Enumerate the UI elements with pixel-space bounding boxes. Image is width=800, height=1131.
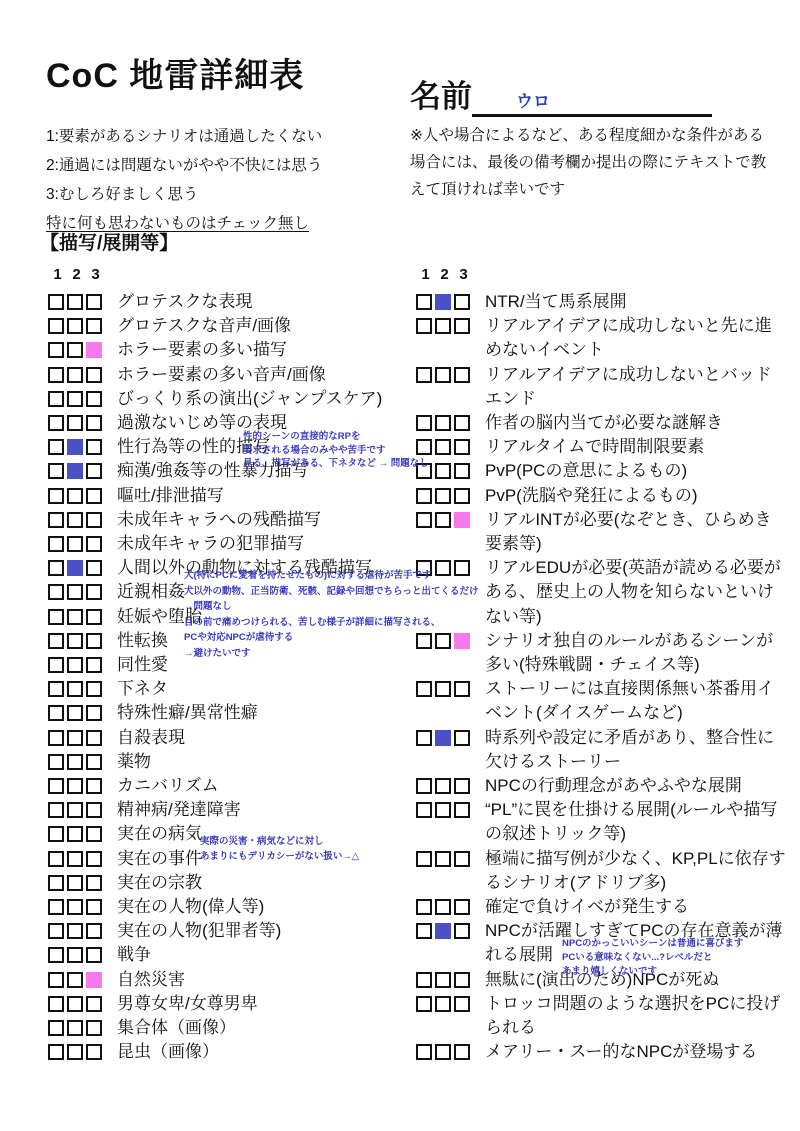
checkbox-2[interactable] — [67, 463, 83, 479]
checklist-row: 戦争 — [48, 943, 382, 967]
scale-header-left: 1 2 3 — [48, 266, 382, 283]
checkbox-3[interactable] — [454, 415, 470, 431]
checklist-row: NTR/当て馬系展開 — [416, 290, 788, 314]
checklist-row: リアルタイムで時間制限要素 — [416, 435, 788, 459]
item-label: 実在の病気 — [117, 822, 202, 846]
checkbox-2[interactable] — [67, 294, 83, 310]
checkbox-group — [48, 318, 102, 334]
checkbox-2[interactable] — [67, 778, 83, 794]
checkbox-group — [416, 972, 470, 988]
checklist-row: 自然災害 — [48, 968, 382, 992]
checkbox-group — [48, 681, 102, 697]
checkbox-3[interactable] — [454, 802, 470, 818]
checkbox-3[interactable] — [454, 1044, 470, 1060]
checkbox-group — [48, 730, 102, 746]
checkbox-1[interactable] — [48, 318, 64, 334]
checkbox-3[interactable] — [86, 463, 102, 479]
checkbox-3[interactable] — [454, 439, 470, 455]
scale-2: 2 — [435, 266, 454, 283]
checkbox-3[interactable] — [86, 681, 102, 697]
checkbox-3[interactable] — [86, 342, 102, 358]
checkbox-2[interactable] — [67, 391, 83, 407]
checkbox-3[interactable] — [86, 899, 102, 915]
checkbox-group — [416, 318, 470, 334]
checkbox-2[interactable] — [67, 1020, 83, 1036]
item-label: ホラー要素の多い音声/画像 — [117, 363, 326, 387]
checkbox-group — [48, 560, 102, 576]
checkbox-1[interactable] — [48, 488, 64, 504]
text-line: 2:通過には問題ないがやや不快には思う — [46, 151, 322, 180]
checkbox-2[interactable] — [435, 851, 451, 867]
checklist-row: PvP(洗脳や発狂によるもの) — [416, 484, 788, 508]
text-line: あまり嬉しくないです — [562, 965, 743, 979]
item-label: 精神病/発達障害 — [117, 798, 241, 822]
checkbox-3[interactable] — [86, 972, 102, 988]
checkbox-1[interactable] — [48, 996, 64, 1012]
checklist-row: 下ネタ — [48, 677, 382, 701]
item-label: トロッコ問題のような選択をPCに投げられる — [485, 992, 788, 1040]
checkbox-group — [48, 826, 102, 842]
checkbox-2[interactable] — [67, 875, 83, 891]
checkbox-1[interactable] — [48, 415, 64, 431]
name-label: 名前 — [410, 77, 472, 117]
item-label: 作者の脳内当てが必要な謎解き — [485, 411, 788, 435]
name-input-line[interactable]: ウロ — [472, 74, 712, 117]
checkbox-3[interactable] — [454, 367, 470, 383]
checklist-row: びっくり系の演出(ジャンプスケア) — [48, 387, 382, 411]
checkbox-3[interactable] — [86, 657, 102, 673]
checkbox-1[interactable] — [48, 391, 64, 407]
checkbox-1[interactable] — [48, 512, 64, 528]
checkbox-3[interactable] — [454, 851, 470, 867]
checkbox-3[interactable] — [86, 294, 102, 310]
checkbox-1[interactable] — [48, 826, 64, 842]
checklist-row: 未成年キャラの犯罪描写 — [48, 532, 382, 556]
checkbox-1[interactable] — [416, 899, 432, 915]
checkbox-3[interactable] — [454, 512, 470, 528]
checklist-row: 実在の人物(犯罪者等) — [48, 919, 382, 943]
checkbox-group — [416, 730, 470, 746]
checkbox-group — [416, 996, 470, 1012]
checkbox-2[interactable] — [67, 681, 83, 697]
checkbox-2[interactable] — [435, 439, 451, 455]
item-label: 確定で負けイベが発生する — [485, 895, 788, 919]
checkbox-group — [48, 488, 102, 504]
item-label: メアリー・スー的なNPCが登場する — [485, 1040, 788, 1064]
checkbox-1[interactable] — [416, 318, 432, 334]
checkbox-2[interactable] — [435, 463, 451, 479]
checkbox-group — [48, 439, 102, 455]
checklist-row: 嘔吐/排泄描写 — [48, 484, 382, 508]
checkbox-2[interactable] — [435, 512, 451, 528]
checkbox-3[interactable] — [86, 367, 102, 383]
item-label: 未成年キャラの犯罪描写 — [117, 532, 304, 556]
checkbox-2[interactable] — [435, 923, 451, 939]
checkbox-1[interactable] — [416, 923, 432, 939]
checkbox-2[interactable] — [67, 730, 83, 746]
item-label: NPCの行動理念があやふやな展開 — [485, 774, 788, 798]
item-label: NTR/当て馬系展開 — [485, 290, 788, 314]
checkbox-3[interactable] — [454, 972, 470, 988]
text-line: 犬(特にPCに愛着を持たせたもの)に対する虐待が苦手です — [184, 568, 479, 584]
checklist-sheet: CoC 地雷詳細表 名前 ウロ ※人や場合によるなど、ある程度細かな条件がある場… — [0, 0, 800, 1131]
checkbox-1[interactable] — [48, 778, 64, 794]
checkbox-3[interactable] — [86, 1020, 102, 1036]
checkbox-1[interactable] — [416, 802, 432, 818]
checkbox-2[interactable] — [435, 681, 451, 697]
checklist-row: 時系列や設定に矛盾があり、整合性に欠けるストーリー — [416, 726, 788, 774]
item-label: 実在の人物(犯罪者等) — [117, 919, 281, 943]
checklist-row: グロテスクな表現 — [48, 290, 382, 314]
checkbox-1[interactable] — [48, 851, 64, 867]
text-line: ※人や場合によるなど、ある程度細かな条件がある — [410, 122, 766, 149]
checkbox-3[interactable] — [86, 318, 102, 334]
checkbox-3[interactable] — [86, 705, 102, 721]
checkbox-2[interactable] — [435, 294, 451, 310]
annotation-sexual-rp: 性的シーンの直接的なRPを要求される場合のみやや苦手です見る、描写がある、下ネタ… — [243, 430, 429, 471]
item-label: 戦争 — [117, 943, 151, 967]
checkbox-1[interactable] — [48, 705, 64, 721]
checkbox-3[interactable] — [86, 391, 102, 407]
checkbox-1[interactable] — [416, 367, 432, 383]
checkbox-group — [48, 342, 102, 358]
checkbox-2[interactable] — [67, 560, 83, 576]
text-line: →問題なし — [184, 599, 479, 615]
scale-3: 3 — [86, 266, 105, 283]
checkbox-2[interactable] — [67, 609, 83, 625]
checkbox-1[interactable] — [48, 294, 64, 310]
text-line: 3:むしろ好ましく思う — [46, 180, 322, 209]
checkbox-2[interactable] — [67, 318, 83, 334]
checklist-row: 自殺表現 — [48, 726, 382, 750]
checkbox-1[interactable] — [48, 875, 64, 891]
scale-2: 2 — [67, 266, 86, 283]
checkbox-3[interactable] — [86, 730, 102, 746]
checklist-row: “PL”に罠を仕掛ける展開(ルールや描写の叙述トリック等) — [416, 798, 788, 846]
checkbox-3[interactable] — [86, 802, 102, 818]
checkbox-2[interactable] — [67, 657, 83, 673]
text-line: PCや対応NPCが虐待する — [184, 630, 479, 646]
checkbox-group — [48, 633, 102, 649]
scale-1: 1 — [48, 266, 67, 283]
legend-lines: 1:要素があるシナリオは通過したくない2:通過には問題ないがやや不快には思う3:… — [46, 122, 322, 209]
item-label: PvP(洗脳や発狂によるもの) — [485, 484, 788, 508]
checklist-row: 未成年キャラへの残酷描写 — [48, 508, 382, 532]
checkbox-2[interactable] — [435, 899, 451, 915]
checkbox-2[interactable] — [435, 730, 451, 746]
scale-header-right: 1 2 3 — [416, 266, 788, 283]
checkbox-1[interactable] — [48, 972, 64, 988]
checkbox-2[interactable] — [67, 536, 83, 552]
item-label: グロテスクな表現 — [117, 290, 252, 314]
checkbox-1[interactable] — [48, 560, 64, 576]
checkbox-2[interactable] — [435, 318, 451, 334]
checklist-row: 男尊女卑/女尊男卑 — [48, 992, 382, 1016]
item-label: PvP(PCの意思によるもの) — [485, 459, 788, 483]
text-line: NPCのかっこいいシーンは普通に喜びます — [562, 937, 743, 951]
checkbox-2[interactable] — [67, 1044, 83, 1060]
checkbox-group — [48, 851, 102, 867]
checkbox-group — [416, 923, 470, 939]
checkbox-3[interactable] — [454, 778, 470, 794]
checkbox-3[interactable] — [86, 560, 102, 576]
checklist-row: メアリー・スー的なNPCが登場する — [416, 1040, 788, 1064]
item-label: リアルアイデアに成功しないとバッドエンド — [485, 363, 788, 411]
checkbox-2[interactable] — [435, 802, 451, 818]
checkbox-group — [416, 899, 470, 915]
item-label: 実在の宗教 — [117, 871, 202, 895]
checkbox-group — [48, 705, 102, 721]
checkbox-3[interactable] — [86, 851, 102, 867]
checkbox-2[interactable] — [67, 584, 83, 600]
page-title: CoC 地雷詳細表 — [46, 48, 304, 97]
checkbox-group — [48, 802, 102, 818]
checkbox-1[interactable] — [416, 512, 432, 528]
checklist-row: 極端に描写例が少なく、KP,PLに依存するシナリオ(アドリブ多) — [416, 847, 788, 895]
item-label: 同性愛 — [117, 653, 168, 677]
checkbox-1[interactable] — [416, 972, 432, 988]
item-label: 下ネタ — [117, 677, 168, 701]
checkbox-1[interactable] — [48, 633, 64, 649]
checkbox-2[interactable] — [67, 705, 83, 721]
checkbox-2[interactable] — [67, 947, 83, 963]
checkbox-2[interactable] — [67, 826, 83, 842]
checkbox-group — [416, 512, 470, 528]
rows-left: グロテスクな表現グロテスクな音声/画像ホラー要素の多い描写ホラー要素の多い音声/… — [48, 290, 382, 1065]
checkbox-3[interactable] — [454, 463, 470, 479]
checkbox-3[interactable] — [86, 1044, 102, 1060]
checkbox-1[interactable] — [416, 294, 432, 310]
checklist-row: 実在の宗教 — [48, 871, 382, 895]
checkbox-group — [48, 536, 102, 552]
checkbox-1[interactable] — [48, 536, 64, 552]
checkbox-group — [48, 584, 102, 600]
text-line: 性的シーンの直接的なRPを — [243, 430, 429, 444]
item-label: びっくり系の演出(ジャンプスケア) — [117, 387, 382, 411]
checkbox-1[interactable] — [48, 609, 64, 625]
checklist-row: リアルアイデアに成功しないとバッドエンド — [416, 363, 788, 411]
item-label: 特殊性癖/異常性癖 — [117, 701, 258, 725]
item-label: リアルタイムで時間制限要素 — [485, 435, 788, 459]
checkbox-3[interactable] — [454, 294, 470, 310]
item-label: “PL”に罠を仕掛ける展開(ルールや描写の叙述トリック等) — [485, 798, 788, 846]
item-label: 男尊女卑/女尊男卑 — [117, 992, 258, 1016]
item-label: 昆虫（画像） — [117, 1040, 219, 1064]
checklist-row: トロッコ問題のような選択をPCに投げられる — [416, 992, 788, 1040]
checklist-row: 実在の人物(偉人等) — [48, 895, 382, 919]
checkbox-2[interactable] — [435, 1044, 451, 1060]
checkbox-2[interactable] — [67, 439, 83, 455]
checkbox-group — [48, 609, 102, 625]
checkbox-2[interactable] — [67, 367, 83, 383]
checkbox-2[interactable] — [67, 488, 83, 504]
checklist-row: 薬物 — [48, 750, 382, 774]
checkbox-1[interactable] — [48, 923, 64, 939]
checkbox-3[interactable] — [454, 923, 470, 939]
checklist-row: PvP(PCの意思によるもの) — [416, 459, 788, 483]
checklist-row: リアルアイデアに成功しないと先に進めないイベント — [416, 314, 788, 362]
checkbox-group — [48, 657, 102, 673]
text-line: →避けたいです — [184, 646, 479, 662]
checkbox-1[interactable] — [48, 754, 64, 770]
text-line: 1:要素があるシナリオは通過したくない — [46, 122, 322, 151]
item-label: 時系列や設定に矛盾があり、整合性に欠けるストーリー — [485, 726, 788, 774]
checkbox-group — [416, 681, 470, 697]
checkbox-2[interactable] — [67, 754, 83, 770]
checkbox-3[interactable] — [86, 584, 102, 600]
checkbox-1[interactable] — [416, 681, 432, 697]
checkbox-1[interactable] — [48, 681, 64, 697]
checklist-row: 作者の脳内当てが必要な謎解き — [416, 411, 788, 435]
checkbox-1[interactable] — [416, 415, 432, 431]
checklist-row: 昆虫（画像） — [48, 1040, 382, 1064]
checkbox-1[interactable] — [416, 996, 432, 1012]
checkbox-2[interactable] — [67, 899, 83, 915]
item-label: ホラー要素の多い描写 — [117, 338, 287, 362]
checkbox-3[interactable] — [86, 536, 102, 552]
text-line: 目の前で痛めつけられる、苦しむ様子が詳細に描写される、 — [184, 615, 479, 631]
checkbox-2[interactable] — [67, 342, 83, 358]
annotation-animal-abuse: 犬(特にPCに愛着を持たせたもの)に対する虐待が苦手です犬以外の動物、正当防衛、… — [184, 568, 479, 661]
item-label: 実在の事件 — [117, 847, 202, 871]
checkbox-1[interactable] — [416, 488, 432, 504]
checkbox-3[interactable] — [454, 899, 470, 915]
checkbox-1[interactable] — [48, 802, 64, 818]
checkbox-group — [416, 851, 470, 867]
checkbox-2[interactable] — [435, 367, 451, 383]
item-label: ストーリーには直接関係無い茶番用イベント(ダイスゲームなど) — [485, 677, 788, 725]
checkbox-1[interactable] — [48, 367, 64, 383]
checklist-row: グロテスクな音声/画像 — [48, 314, 382, 338]
checkbox-3[interactable] — [454, 318, 470, 334]
text-line: 場合には、最後の備考欄か提出の際にテキストで教 — [410, 149, 766, 176]
checklist-row: 確定で負けイベが発生する — [416, 895, 788, 919]
checklist-column-left: 1 2 3 グロテスクな表現グロテスクな音声/画像ホラー要素の多い描写ホラー要素… — [48, 266, 382, 1065]
checkbox-1[interactable] — [48, 342, 64, 358]
checkbox-3[interactable] — [454, 488, 470, 504]
checkbox-3[interactable] — [86, 609, 102, 625]
checkbox-3[interactable] — [86, 947, 102, 963]
checkbox-3[interactable] — [86, 826, 102, 842]
checkbox-3[interactable] — [454, 730, 470, 746]
checkbox-3[interactable] — [86, 633, 102, 649]
checkbox-1[interactable] — [48, 463, 64, 479]
checkbox-3[interactable] — [86, 778, 102, 794]
checkbox-1[interactable] — [48, 439, 64, 455]
checkbox-2[interactable] — [435, 996, 451, 1012]
checkbox-3[interactable] — [454, 681, 470, 697]
checkbox-1[interactable] — [416, 730, 432, 746]
checkbox-3[interactable] — [86, 996, 102, 1012]
annotation-real-disease: 実際の災害・病気などに対しあまりにもデリカシーがない扱い→△ — [200, 834, 359, 864]
annotation-npc-spotlight: NPCのかっこいいシーンは普通に喜びますPCいる意味なくない...?レベルだとあ… — [562, 937, 743, 979]
checkbox-1[interactable] — [416, 1044, 432, 1060]
checkbox-group — [48, 875, 102, 891]
checkbox-group — [48, 391, 102, 407]
checkbox-3[interactable] — [86, 415, 102, 431]
checkbox-1[interactable] — [416, 778, 432, 794]
checkbox-1[interactable] — [48, 1020, 64, 1036]
checkbox-3[interactable] — [86, 875, 102, 891]
checkbox-3[interactable] — [86, 923, 102, 939]
item-label: リアルINTが必要(なぞとき、ひらめき要素等) — [485, 508, 788, 556]
checkbox-3[interactable] — [86, 754, 102, 770]
text-line: 要求される場合のみやや苦手です — [243, 444, 429, 458]
checkbox-2[interactable] — [67, 415, 83, 431]
checkbox-group — [48, 1044, 102, 1060]
item-label: カニバリズム — [117, 774, 219, 798]
checklist-row: NPCの行動理念があやふやな展開 — [416, 774, 788, 798]
checkbox-2[interactable] — [67, 851, 83, 867]
checkbox-group — [48, 1020, 102, 1036]
checkbox-1[interactable] — [48, 899, 64, 915]
checkbox-3[interactable] — [86, 488, 102, 504]
checkbox-group — [48, 778, 102, 794]
checkbox-1[interactable] — [48, 1044, 64, 1060]
checkbox-2[interactable] — [67, 972, 83, 988]
checkbox-2[interactable] — [67, 923, 83, 939]
checklist-row: 特殊性癖/異常性癖 — [48, 701, 382, 725]
checkbox-group — [48, 923, 102, 939]
checkbox-2[interactable] — [435, 488, 451, 504]
checkbox-group — [416, 778, 470, 794]
item-label: 嘔吐/排泄描写 — [117, 484, 224, 508]
checkbox-2[interactable] — [67, 996, 83, 1012]
item-label: リアルアイデアに成功しないと先に進めないイベント — [485, 314, 788, 362]
checkbox-group — [416, 1044, 470, 1060]
checklist-row: ストーリーには直接関係無い茶番用イベント(ダイスゲームなど) — [416, 677, 788, 725]
checkbox-1[interactable] — [48, 657, 64, 673]
checkbox-2[interactable] — [435, 415, 451, 431]
checkbox-3[interactable] — [454, 996, 470, 1012]
text-line: 犬以外の動物、正当防衛、死骸、記録や回想でちらっと出てくるだけ — [184, 584, 479, 600]
name-field-block: 名前 ウロ — [410, 74, 712, 117]
checkbox-2[interactable] — [435, 778, 451, 794]
text-line: PCいる意味なくない...?レベルだと — [562, 951, 743, 965]
checkbox-group — [48, 463, 102, 479]
checkbox-1[interactable] — [48, 947, 64, 963]
checkbox-group — [48, 947, 102, 963]
checkbox-3[interactable] — [86, 439, 102, 455]
checkbox-3[interactable] — [86, 512, 102, 528]
checkbox-2[interactable] — [67, 512, 83, 528]
item-label: グロテスクな音声/画像 — [117, 314, 291, 338]
text-line: あまりにもデリカシーがない扱い→△ — [200, 849, 359, 864]
scale-1: 1 — [416, 266, 435, 283]
item-label: 薬物 — [117, 750, 151, 774]
text-line: 実際の災害・病気などに対し — [200, 834, 359, 849]
checkbox-group — [48, 996, 102, 1012]
conditions-note: ※人や場合によるなど、ある程度細かな条件がある場合には、最後の備考欄か提出の際に… — [410, 122, 766, 203]
item-label: 集合体（画像） — [117, 1016, 236, 1040]
checkbox-1[interactable] — [48, 584, 64, 600]
item-label: 近親相姦 — [117, 580, 185, 604]
checkbox-2[interactable] — [67, 633, 83, 649]
checklist-row: リアルINTが必要(なぞとき、ひらめき要素等) — [416, 508, 788, 556]
rating-legend: 1:要素があるシナリオは通過したくない2:通過には問題ないがやや不快には思う3:… — [46, 122, 322, 238]
item-label: 未成年キャラへの残酷描写 — [117, 508, 321, 532]
checkbox-group — [48, 367, 102, 383]
checkbox-2[interactable] — [435, 972, 451, 988]
name-value: ウロ — [516, 87, 550, 114]
checkbox-group — [48, 899, 102, 915]
checkbox-1[interactable] — [48, 730, 64, 746]
item-label: 実在の人物(偉人等) — [117, 895, 264, 919]
item-label: 自然災害 — [117, 968, 185, 992]
checkbox-2[interactable] — [67, 802, 83, 818]
checkbox-1[interactable] — [416, 851, 432, 867]
checkbox-group — [48, 754, 102, 770]
